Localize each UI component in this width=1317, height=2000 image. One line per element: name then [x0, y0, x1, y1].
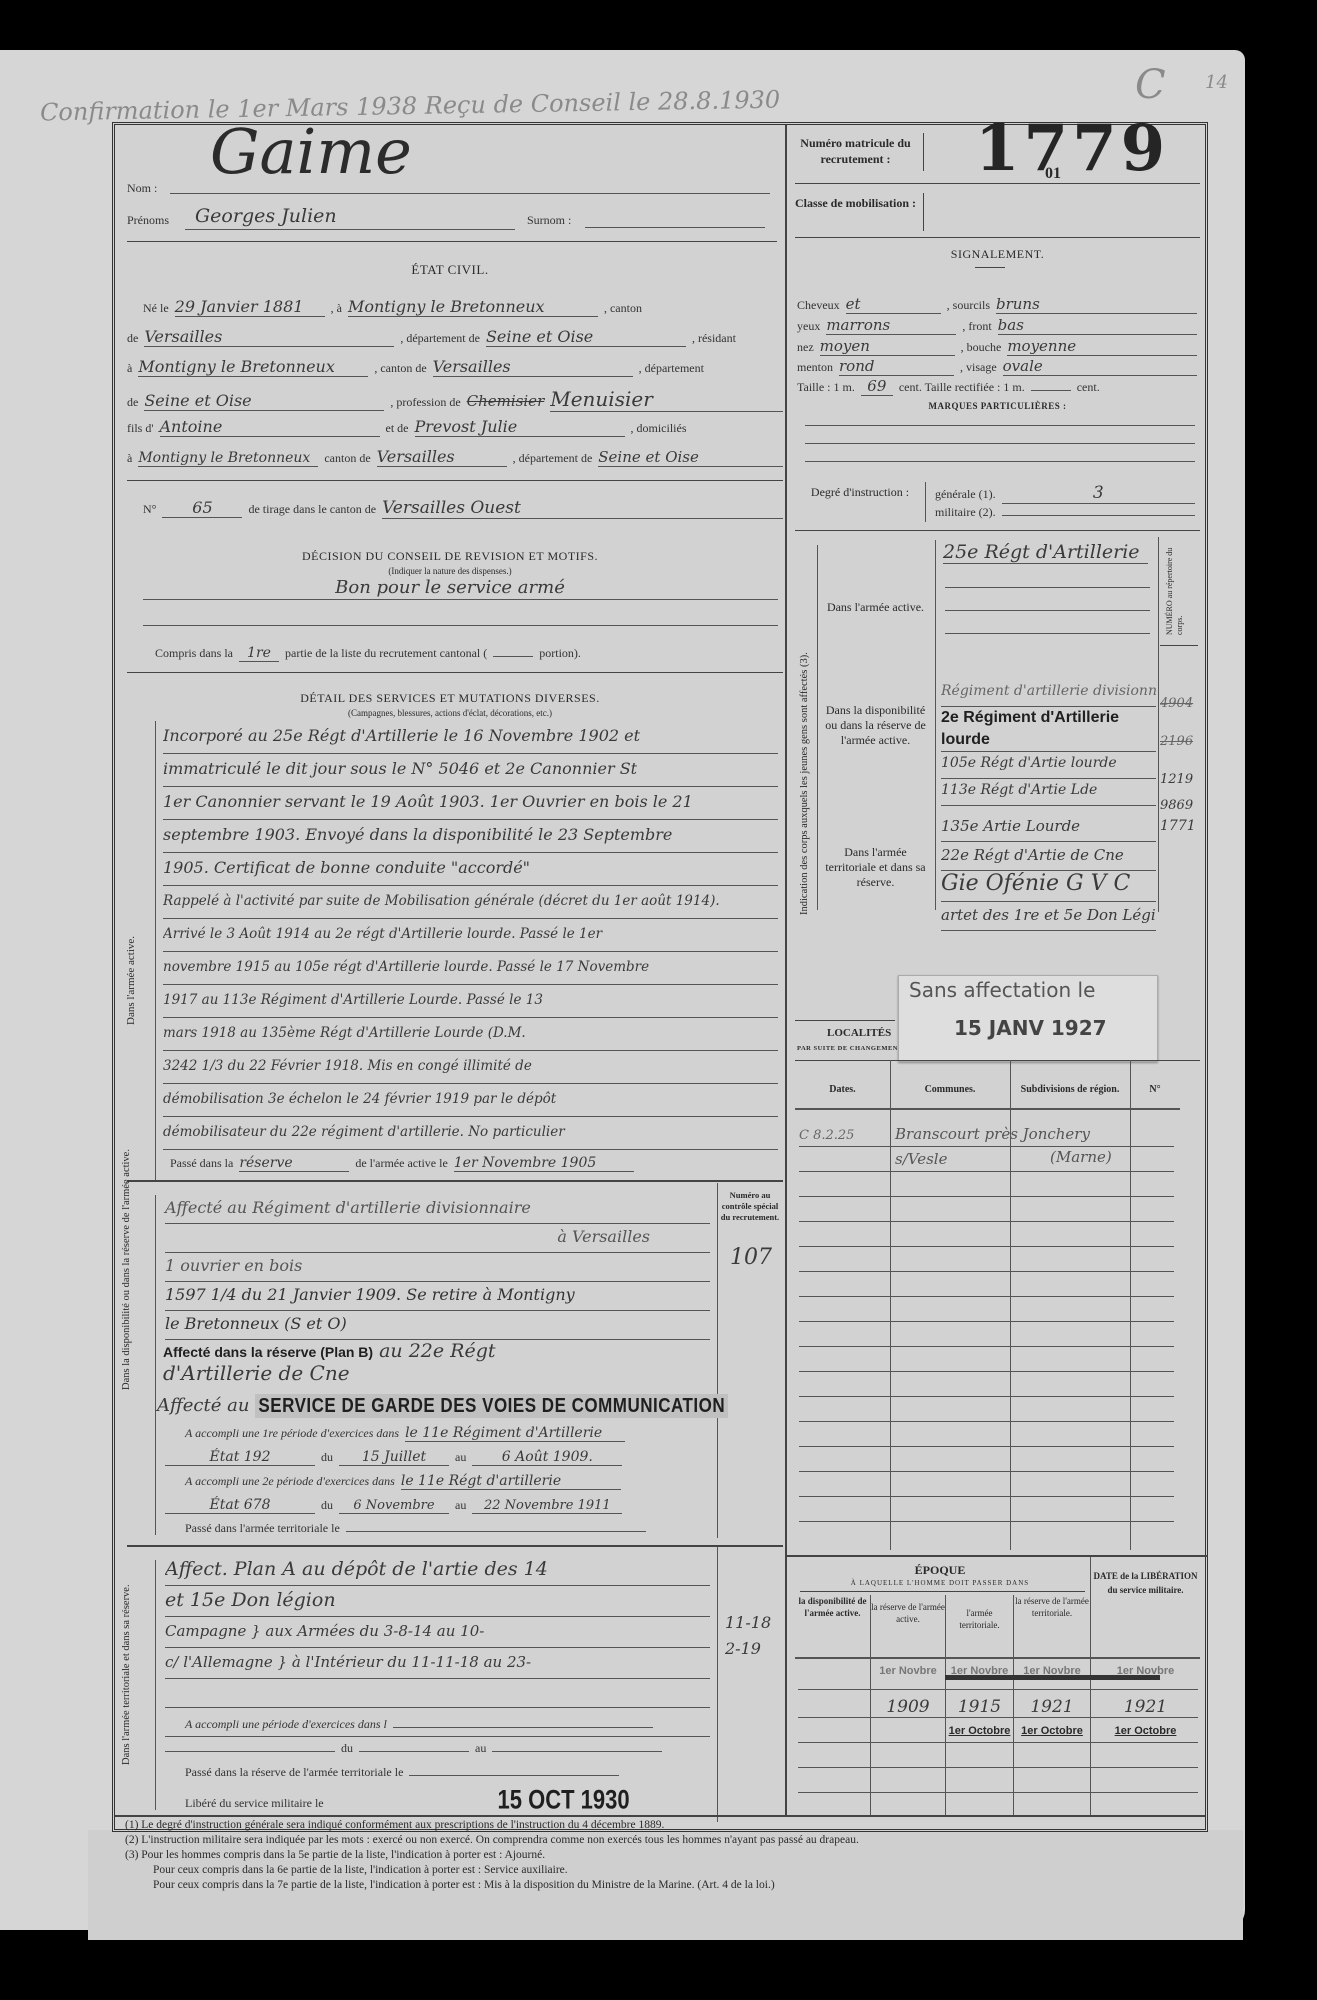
sans-affectation-text: Sans affectation le — [909, 978, 1095, 1002]
active-label: Dans l'armée active. — [823, 600, 928, 615]
sans-affectation-label: Sans affectation le 15 JANV 1927 — [898, 975, 1158, 1062]
footnotes: (1) Le degré d'instruction générale sera… — [125, 1818, 1205, 1893]
front-label: , front — [962, 319, 991, 334]
marques-line — [805, 443, 1195, 444]
classe-label: Classe de mobilisation : — [793, 195, 918, 211]
row-line — [799, 1196, 1174, 1197]
row-line — [798, 1717, 1198, 1718]
footnote: (3) Pour les hommes compris dans la 5e p… — [125, 1848, 1205, 1863]
generale-value: 3 — [1002, 483, 1195, 504]
epoque-cell: 1er Novbre — [871, 1665, 945, 1677]
plan-value-2: d'Artillerie de Cne — [163, 1361, 350, 1385]
sans-affectation-date: 15 JANV 1927 — [954, 1016, 1107, 1040]
parents-row: fils d' Antoine et de Prevost Julie , do… — [127, 417, 783, 437]
taille-rectifiee-label: cent. Taille rectifiée : 1 m. — [899, 380, 1025, 395]
residence-row: à Montigny le Bretonneux , canton de Ver… — [127, 357, 783, 377]
row-line — [799, 1396, 1174, 1397]
service-line: 3242 1/3 du 22 Février 1918. Mis en cong… — [163, 1051, 778, 1084]
blank — [359, 1751, 469, 1752]
passe-value: réserve — [239, 1155, 349, 1172]
territoriale-column-divider — [717, 1547, 718, 1822]
col-header-communes: Communes. — [890, 1084, 1010, 1095]
plan-value: au 22e Régt — [379, 1340, 495, 1362]
instruction-militaire-row: militaire (2). — [935, 505, 1195, 520]
territoriale-line: et 15e Don légion — [165, 1586, 710, 1617]
profession-label: , profession de — [390, 395, 460, 410]
yeux-value: marrons — [826, 316, 956, 335]
affectations-side-label: Indication des corps auxquels les jeunes… — [799, 652, 810, 915]
localite-date: C 8.2.25 — [799, 1128, 854, 1143]
territoriale-numbers: 1771 — [1160, 815, 1200, 867]
du-label: du — [321, 1450, 333, 1465]
canton-naissance: Versailles — [144, 327, 394, 347]
de-label: de — [127, 331, 138, 346]
service-garde-stamp: SERVICE DE GARDE DES VOIES DE COMMUNICAT… — [255, 1394, 728, 1418]
prenoms-line — [185, 229, 515, 230]
departement-label: , département de — [513, 451, 593, 466]
entry-line — [945, 587, 1150, 588]
mere: Prevost Julie — [415, 417, 625, 437]
header-rule — [795, 1657, 1200, 1659]
compris-value: 1re — [239, 645, 279, 662]
reserve-lines: Affecté au Régiment d'artillerie divisio… — [165, 1195, 710, 1340]
profession-struck: Chemisier — [467, 392, 545, 410]
visage-value: ovale — [1003, 357, 1197, 376]
tirage-label: de tirage dans le canton de — [248, 502, 376, 517]
row-line — [799, 1221, 1174, 1222]
passe-label: Passé dans la — [170, 1156, 233, 1171]
libere-stamp: 15 OCT 1930 — [330, 1784, 670, 1816]
compris-row: Compris dans la 1re partie de la liste d… — [155, 645, 581, 662]
tirage-no: 65 — [162, 498, 242, 518]
tirage-canton: Versailles Ouest — [382, 498, 783, 519]
periode2-au: 22 Novembre 1911 — [472, 1498, 622, 1514]
entry-line — [945, 633, 1150, 634]
disponibilite-entries: Régiment d'artillerie divisionnaire à Ve… — [941, 680, 1156, 806]
instruction-generale-row: générale (1). 3 — [935, 483, 1195, 504]
taille-rectifiee-value — [1031, 390, 1071, 391]
service-line: Arrivé le 3 Août 1914 au 2e régt d'Artil… — [163, 919, 778, 952]
col-header-n: N° — [1130, 1084, 1180, 1095]
marques-line — [805, 425, 1195, 426]
footnote: (2) L'instruction militaire sera indiqué… — [125, 1833, 1205, 1848]
brace — [923, 193, 924, 231]
decision-line — [143, 599, 778, 600]
entry-line — [945, 610, 1150, 611]
territoriale-line: Affect. Plan A au dépôt de l'artie des 1… — [165, 1555, 710, 1586]
territoriale-passage-label: Passé dans l'armée territoriale le — [185, 1521, 340, 1536]
numero-column-divider — [1158, 537, 1159, 912]
portion-label: portion). — [539, 646, 581, 661]
ne-le-label: Né le — [143, 301, 169, 316]
periode1-du: 15 Juillet — [339, 1449, 449, 1466]
marques-label: MARQUES PARTICULIÈRES : — [795, 401, 1200, 411]
periode1-dates-row: État 192 du 15 Juillet au 6 Août 1909. — [165, 1449, 622, 1466]
canton-label: , canton de — [374, 361, 426, 376]
libere-row: Libéré du service militaire le 15 OCT 19… — [185, 1787, 670, 1814]
matricule-number: 1779 — [975, 111, 1169, 186]
territoriale-entry: 22e Régt d'Artie de Cne — [941, 842, 1156, 871]
strike-through — [945, 1675, 1160, 1680]
departement-naissance: Seine et Oise — [486, 327, 686, 347]
menton-row: menton rond , visage ovale — [797, 357, 1197, 376]
affecte-label: Affecté au — [157, 1395, 249, 1416]
divider — [795, 530, 1200, 531]
au-label: au — [455, 1498, 466, 1513]
campagne-end-1: 11-18 — [725, 1613, 771, 1632]
militaire-value — [1002, 515, 1195, 516]
disponibilite-entry: Régiment d'artillerie divisionnaire à Ve… — [941, 680, 1156, 707]
territoriale-line: Campagne } aux Armées du 3-8-14 au 10- — [165, 1617, 710, 1648]
row-line — [798, 1689, 1198, 1690]
profession-row: de Seine et Oise , profession de Chemisi… — [127, 387, 783, 412]
affecte-row: Affecté au SERVICE DE GARDE DES VOIES DE… — [157, 1395, 728, 1416]
epoque-rule — [800, 1591, 1085, 1592]
disponibilite-entry: 2e Régiment d'Artillerie lourde — [941, 707, 1156, 752]
passe-date: 1er Novembre 1905 — [454, 1155, 634, 1172]
row-line — [798, 1767, 1198, 1768]
services-side-label: Dans l'armée active. — [125, 936, 137, 1025]
col-territoriale: l'armée territoriale. — [946, 1607, 1013, 1631]
header-rule — [795, 1108, 1180, 1110]
prenoms-label: Prénoms — [127, 213, 169, 228]
reserve-bracket — [155, 1195, 156, 1535]
bouche-value: moyenne — [1007, 337, 1197, 356]
service-line: mars 1918 au 135ème Régt d'Artillerie Lo… — [163, 1018, 778, 1051]
epoque-table: ÉPOQUE À LAQUELLE L'HOMME DOIT PASSER DA… — [795, 1557, 1200, 1815]
signalement-title: SIGNALEMENT. — [795, 247, 1200, 262]
blank — [492, 1751, 662, 1752]
et-de-label: et de — [386, 421, 409, 436]
menton-label: menton — [797, 360, 833, 375]
epoque-cell: 1er Octobre — [946, 1725, 1013, 1737]
nez-value: moyen — [820, 337, 955, 356]
reserve-line: Affecté au Régiment d'artillerie divisio… — [165, 1195, 710, 1224]
tirage-row: N° 65 de tirage dans le canton de Versai… — [143, 498, 783, 519]
row-line — [799, 1346, 1174, 1347]
canton-label: canton de — [324, 451, 370, 466]
reserve-line: à Versailles — [165, 1224, 710, 1253]
service-line: immatriculé le dit jour sous le N° 5046 … — [163, 754, 778, 787]
periode2-du: 6 Novembre — [339, 1498, 449, 1514]
canton-row: de Versailles , département de Seine et … — [127, 327, 783, 347]
service-line: 1905. Certificat de bonne conduite "acco… — [163, 853, 778, 886]
front-value: bas — [998, 316, 1197, 335]
departement-label: , département — [639, 361, 704, 376]
reserve-territoriale-value — [409, 1775, 619, 1776]
yeux-row: yeux marrons , front bas — [797, 316, 1197, 335]
periode1-label: A accompli une 1re période d'exercices d… — [185, 1426, 399, 1441]
row-line — [799, 1146, 1174, 1147]
territoriale-lines: Affect. Plan A au dépôt de l'artie des 1… — [165, 1555, 710, 1737]
epoque-cell: 1921 — [1091, 1697, 1200, 1717]
epoque-cell: 1er Octobre — [1091, 1725, 1200, 1737]
nom-line — [170, 193, 770, 194]
departement-label: , département de — [400, 331, 480, 346]
nez-row: nez moyen , bouche moyenne — [797, 337, 1197, 356]
tirage-no-label: N° — [143, 502, 156, 517]
col-header-dates: Dates. — [795, 1084, 890, 1095]
footnotes-divider — [115, 1815, 1205, 1817]
row-line — [799, 1496, 1174, 1497]
corner-number: 14 — [1205, 72, 1228, 93]
nom-value: Gaime — [210, 115, 412, 188]
decision-line — [143, 625, 778, 626]
periode2-row: A accompli une 2e période d'exercices da… — [185, 1473, 621, 1490]
a-label: , à — [331, 301, 342, 316]
main-column-divider — [785, 125, 787, 1815]
brace — [923, 133, 924, 171]
service-line: démobilisateur du 22e régiment d'artille… — [163, 1117, 778, 1150]
territoriale-passage-value — [346, 1531, 646, 1532]
domicilies-label: , domiciliés — [631, 421, 687, 436]
residence-canton: Versailles — [433, 357, 633, 377]
localites-subtitle: PAR SUITE DE CHANGEMENTS DE DOMICILE — [797, 1045, 897, 1052]
surnom-label: Surnom : — [527, 213, 571, 228]
residant-label: , résidant — [692, 331, 736, 346]
periode-territoriale-label: A accompli une période d'exercices dans … — [185, 1717, 387, 1732]
col-reserve-territoriale: la réserve de l'armée territoriale. — [1014, 1595, 1090, 1619]
periode2-unit: le 11e Régt d'artillerie — [401, 1473, 621, 1490]
services-lines: Incorporé au 25e Régt d'Artillerie le 16… — [163, 721, 778, 1150]
reserve-side-label: Dans la disponibilité ou dans la réserve… — [121, 1149, 132, 1390]
service-line: 1er Canonnier servant le 19 Août 1903. 1… — [163, 787, 778, 820]
divider — [127, 1180, 783, 1182]
repertoire-number: 4904 — [1160, 693, 1200, 731]
de-label: de — [127, 395, 138, 410]
cheveux-value: et — [846, 295, 941, 314]
row-line — [799, 1371, 1174, 1372]
etat-civil-title: ÉTAT CIVIL. — [115, 262, 785, 278]
residence-departement: Seine et Oise — [144, 391, 384, 411]
cent-label: cent. — [1077, 380, 1100, 395]
row-line — [798, 1742, 1198, 1743]
sourcils-label: , sourcils — [947, 298, 990, 313]
periode-territoriale-value — [393, 1727, 653, 1728]
canton-label: , canton — [604, 301, 642, 316]
reserve-territoriale-row: Passé dans la réserve de l'armée territo… — [185, 1765, 619, 1780]
numero-controle-header: Numéro au contrôle spécial du recrutemen… — [720, 1190, 780, 1223]
row-line — [799, 1171, 1174, 1172]
registre-matricule-form: Gaime Nom : Prénoms Georges Julien Surno… — [112, 122, 1208, 1832]
row-line — [799, 1521, 1174, 1522]
residence: Montigny le Bretonneux — [138, 357, 368, 377]
cheveux-row: Cheveux et , sourcils bruns — [797, 295, 1197, 314]
plan-row: Affecté dans la réserve (Plan B) au 22e … — [163, 1340, 708, 1362]
generale-label: générale (1). — [935, 487, 996, 502]
lieu-naissance: Montigny le Bretonneux — [348, 297, 598, 317]
footnote: (1) Le degré d'instruction générale sera… — [125, 1818, 1205, 1833]
a-label: à — [127, 361, 132, 376]
corner-letter: C — [1135, 62, 1166, 108]
localites-title: LOCALITÉS — [827, 1027, 891, 1039]
service-line: démobilisation 3e échelon le 24 février … — [163, 1084, 778, 1117]
epoque-title: ÉPOQUE — [795, 1563, 1085, 1578]
service-line: 1917 au 113e Régiment d'Artillerie Lourd… — [163, 985, 778, 1018]
affectations-brace — [935, 540, 936, 910]
matricule-label: Numéro matricule du recrutement : — [793, 135, 918, 167]
repertoire-number: 1771 — [1160, 815, 1200, 841]
services-subtitle: (Campagnes, blessures, actions d'éclat, … — [115, 708, 785, 718]
cheveux-label: Cheveux — [797, 298, 840, 313]
disponibilite-label: Dans la disponibilité ou dans la réserve… — [823, 703, 928, 748]
reserve-territoriale-label: Passé dans la réserve de l'armée territo… — [185, 1765, 403, 1780]
profession: Menuisier — [550, 387, 783, 412]
taille-value: 69 — [861, 377, 893, 396]
blank — [165, 1751, 335, 1752]
title-underline — [975, 267, 1005, 268]
brace — [925, 482, 926, 522]
col-divider — [1130, 1060, 1131, 1550]
passe-row: Passé dans la réserve de l'armée active … — [170, 1155, 634, 1172]
taille-row: Taille : 1 m. 69 cent. Taille rectifiée … — [797, 377, 1197, 396]
sourcils-value: bruns — [996, 295, 1197, 314]
matricule-suffix: 01 — [1045, 165, 1061, 183]
periode1-etat: État 192 — [165, 1449, 315, 1466]
repertoire-number: 2196 — [1160, 731, 1200, 769]
territoriale-entries: 135e Artie Lourde22e Régt d'Artie de Cne… — [941, 813, 1156, 931]
reserve-column-divider — [717, 1183, 718, 1538]
repertoire-number: 1219 — [1160, 769, 1200, 795]
divider — [127, 480, 783, 481]
domicile-departement: Seine et Oise — [598, 448, 783, 467]
naissance-row: Né le 29 Janvier 1881 , à Montigny le Br… — [143, 297, 783, 317]
compris-label: Compris dans la — [155, 646, 233, 661]
portion-blank — [493, 656, 533, 657]
decision-subtitle: (Indiquer la nature des dispenses.) — [115, 566, 785, 576]
services-title: DÉTAIL DES SERVICES ET MUTATIONS DIVERSE… — [115, 691, 785, 706]
row-line — [799, 1246, 1174, 1247]
passe-label-2: de l'armée active le — [355, 1156, 447, 1171]
row-line — [799, 1321, 1174, 1322]
date-naissance: 29 Janvier 1881 — [175, 297, 325, 317]
campagne-end-2: 2-19 — [725, 1639, 761, 1658]
col-reserve-active: la réserve de l'armée active. — [871, 1601, 945, 1625]
territoriale-entry: 135e Artie Lourde — [941, 813, 1156, 842]
reserve-line: 1 ouvrier en bois — [165, 1253, 710, 1282]
territoriale-label: Dans l'armée territoriale et dans sa rés… — [823, 845, 928, 890]
periode1-unit: le 11e Régiment d'Artillerie — [405, 1425, 625, 1442]
row-line — [799, 1271, 1174, 1272]
footnote: Pour ceux compris dans la 7e partie de l… — [125, 1878, 1205, 1893]
decision-title: DÉCISION DU CONSEIL DE REVISION ET MOTIF… — [115, 549, 785, 564]
compris-label-2: partie de la liste du recrutement canton… — [285, 646, 487, 661]
footnote: Pour ceux compris dans la 6e partie de l… — [125, 1863, 1205, 1878]
bouche-label: , bouche — [961, 340, 1002, 355]
militaire-label: militaire (2). — [935, 505, 996, 520]
marques-line — [805, 461, 1195, 462]
domicile: Montigny le Bretonneux — [138, 450, 318, 467]
service-line: septembre 1903. Envoyé dans la disponibi… — [163, 820, 778, 853]
row-line — [798, 1792, 1198, 1793]
au-label: au — [455, 1450, 466, 1465]
instruction-label: Degré d'instruction : — [805, 483, 915, 501]
epoque-cell: 1909 — [871, 1697, 945, 1717]
row-line — [799, 1296, 1174, 1297]
service-line: novembre 1915 au 105e régt d'Artillerie … — [163, 952, 778, 985]
domicile-row: à Montigny le Bretonneux canton de Versa… — [127, 447, 783, 467]
periode-territoriale-dates-row: du au — [165, 1741, 662, 1756]
menton-value: rond — [839, 357, 954, 376]
surnom-line — [585, 227, 765, 228]
periode1-row: A accompli une 1re période d'exercices d… — [185, 1425, 625, 1442]
disponibilite-numbers: 4904219612199869 — [1160, 693, 1200, 821]
periode1-au: 6 Août 1909. — [472, 1449, 622, 1466]
divider — [127, 1545, 783, 1547]
divider — [795, 1020, 895, 1021]
periode2-dates-row: État 678 du 6 Novembre au 22 Novembre 19… — [165, 1497, 622, 1514]
disponibilite-entry: 113e Régt d'Artie Lde — [941, 779, 1156, 806]
reserve-line: le Bretonneux (S et O) — [165, 1311, 710, 1340]
epoque-stamped-row: 1er Octobre1er Octobre1er Octobre — [795, 1725, 1200, 1747]
localite-region: (Marne) — [1050, 1148, 1112, 1166]
epoque-subtitle: À LAQUELLE L'HOMME DOIT PASSER DANS — [795, 1579, 1085, 1587]
prenoms-value: Georges Julien — [195, 205, 337, 227]
periode-territoriale-row: A accompli une période d'exercices dans … — [185, 1717, 653, 1732]
row-line — [799, 1421, 1174, 1422]
disponibilite-entry: 105e Régt d'Artie lourde — [941, 752, 1156, 779]
du-label: du — [341, 1741, 353, 1756]
active-entry: 25e Régt d'Artillerie — [943, 541, 1148, 564]
territoriale-passage-row: Passé dans l'armée territoriale le — [185, 1521, 646, 1536]
affectations-bracket — [817, 545, 818, 910]
divider — [127, 241, 777, 242]
plan-label: Affecté dans la réserve (Plan B) — [163, 1344, 373, 1360]
nom-label: Nom : — [127, 181, 157, 196]
divider — [127, 672, 783, 673]
taille-label: Taille : 1 m. — [797, 380, 855, 395]
du-label: du — [321, 1498, 333, 1513]
divider — [1160, 645, 1198, 646]
decision-value: Bon pour le service armé — [115, 577, 785, 598]
territoriale-line: c/ l'Allemagne } à l'Intérieur du 11-11-… — [165, 1648, 710, 1679]
reserve-line: 1597 1/4 du 21 Janvier 1909. Se retire à… — [165, 1282, 710, 1311]
numero-repertoire-header: NUMÉRO au répertoire du corps. — [1165, 545, 1185, 635]
periode2-label: A accompli une 2e période d'exercices da… — [185, 1474, 395, 1489]
col-header-region: Subdivisions de région. — [1010, 1084, 1130, 1095]
service-line: Rappelé à l'activité par suite de Mobili… — [163, 886, 778, 919]
numero-controle-value: 107 — [730, 1245, 772, 1270]
epoque-cell: 1er Octobre — [1014, 1725, 1090, 1737]
service-line: Incorporé au 25e Régt d'Artillerie le 16… — [163, 721, 778, 754]
divider — [795, 237, 1200, 238]
fils-label: fils d' — [127, 421, 154, 436]
territoriale-side-label: Dans l'armée territoriale et dans sa rés… — [121, 1584, 132, 1765]
nez-label: nez — [797, 340, 814, 355]
yeux-label: yeux — [797, 319, 820, 334]
domicile-canton: Versailles — [377, 447, 507, 467]
epoque-years-row: 1909191519211921 — [795, 1697, 1200, 1723]
localites-table: Dates. Communes. Subdivisions de région.… — [795, 1060, 1200, 1555]
territoriale-entry: Gie Ofénie G V C — [941, 871, 1156, 902]
divider — [795, 183, 1200, 184]
periode2-etat: État 678 — [165, 1497, 315, 1514]
territoriale-entry: artet des 1re et 5e Don Légion — [941, 902, 1156, 931]
epoque-cell: 1915 — [946, 1697, 1013, 1717]
pere: Antoine — [160, 417, 380, 437]
col-divider — [890, 1060, 891, 1550]
col-disponibilite: la disponibilité de l'armée active. — [795, 1595, 870, 1619]
row-line — [799, 1471, 1174, 1472]
epoque-cell: 1921 — [1014, 1697, 1090, 1717]
a-label: à — [127, 451, 132, 466]
col-date-liberation: DATE de la LIBÉRATION du service militai… — [1091, 1569, 1200, 1597]
blank-line — [165, 1679, 710, 1708]
repertoire-number — [1160, 841, 1200, 867]
libere-label: Libéré du service militaire le — [185, 1796, 324, 1811]
au-label: au — [475, 1741, 486, 1756]
row-line — [799, 1446, 1174, 1447]
